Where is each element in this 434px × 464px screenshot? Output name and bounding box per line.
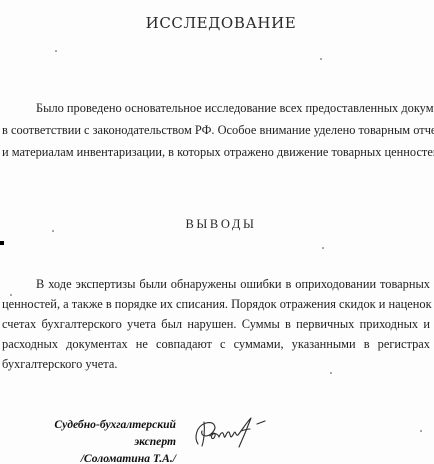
scan-speck xyxy=(10,294,12,296)
conclusions-line-2: ценностей, а также в порядке их списания… xyxy=(2,294,430,314)
document-page: ИССЛЕДОВАНИЕ Было проведено основательно… xyxy=(0,0,434,464)
research-line-3: и материалам инвентаризации, в которых о… xyxy=(2,141,430,163)
signer-role: Судебно-бухгалтерский эксперт xyxy=(10,416,176,450)
scan-speck xyxy=(52,230,54,232)
scan-speck xyxy=(420,430,422,432)
document-title: ИССЛЕДОВАНИЕ xyxy=(0,14,434,32)
conclusions-line-5: бухгалтерского учета. xyxy=(2,354,430,374)
handwritten-signature-icon xyxy=(192,414,272,450)
research-paragraph: Было проведено основательное исследовани… xyxy=(2,97,430,163)
page-marker xyxy=(0,241,4,245)
scan-speck xyxy=(320,58,322,60)
conclusions-heading: ВЫВОДЫ xyxy=(0,217,434,232)
scan-speck xyxy=(330,372,332,374)
conclusions-paragraph: В ходе экспертизы были обнаружены ошибки… xyxy=(2,274,430,374)
conclusions-line-4: расходных документах не совпадают с сумм… xyxy=(2,334,430,354)
scan-speck xyxy=(55,50,57,52)
signer-name: /Соломатина Т.А./ xyxy=(10,450,176,464)
conclusions-line-1: В ходе экспертизы были обнаружены ошибки… xyxy=(2,274,430,294)
scan-speck xyxy=(322,247,324,249)
scan-speck xyxy=(40,103,42,105)
research-line-1: Было проведено основательное исследовани… xyxy=(2,97,430,119)
research-line-2: в соответствии с законодательством РФ. О… xyxy=(2,119,430,141)
signature-block: Судебно-бухгалтерский эксперт /Соломатин… xyxy=(10,416,176,464)
conclusions-line-3: счетах бухгалтерского учета был нарушен.… xyxy=(2,314,430,334)
